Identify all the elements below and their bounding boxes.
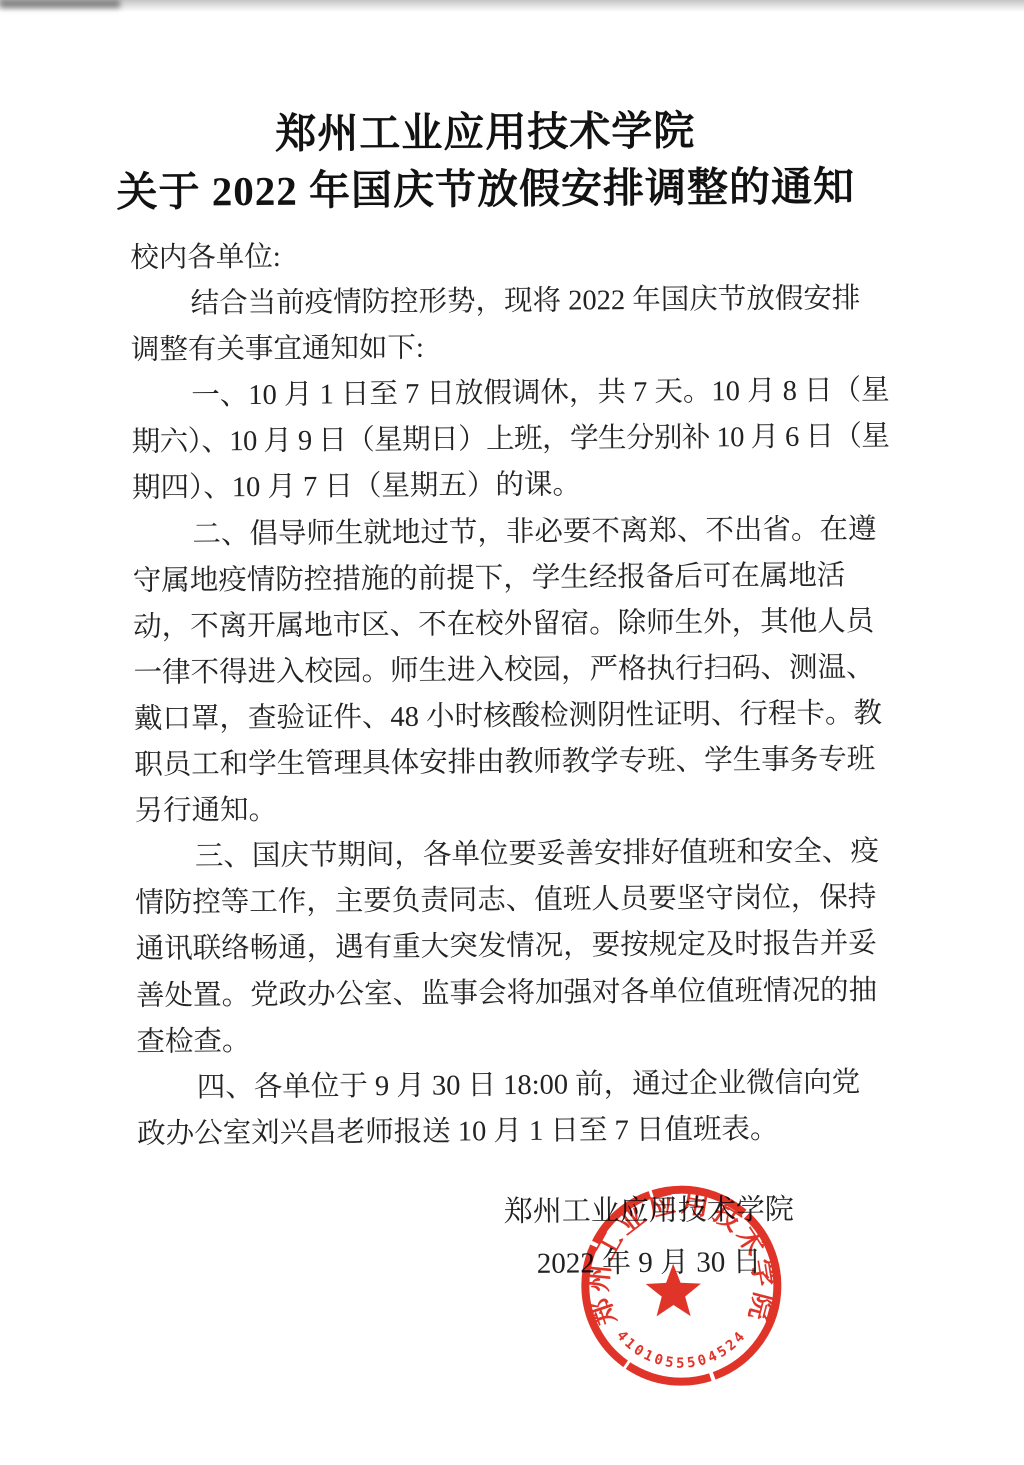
title-line-2: 关于 2022 年国庆节放假安排调整的通知 [0,157,998,222]
body-line: 期六）、10 月 9 日（星期日）上班，学生分别补 10 月 6 日（星 [132,414,890,466]
seal-star-icon [646,1264,702,1317]
body-line: 校内各单位: [130,230,888,282]
body-line: 通讯联络畅通，遇有重大突发情况，要按规定及时报告并妥 [136,921,894,973]
body-line: 戴口罩，查验证件、48 小时核酸检测阴性证明、行程卡。教 [134,691,892,743]
official-seal: 郑州工业应用技术学院 4101055504524 [565,1170,797,1402]
body-line: 三、国庆节期间，各单位要妥善安排好值班和安全、疫 [135,829,893,881]
document-body: 校内各单位:结合当前疫情防控形势，现将 2022 年国庆节放假安排调整有关事宜通… [130,230,895,1158]
body-line: 一律不得进入校园。师生进入校园，严格执行扫码、测温、 [133,645,891,697]
body-line: 结合当前疫情防控形势，现将 2022 年国庆节放假安排 [130,276,888,328]
body-line: 另行通知。 [134,783,892,835]
body-line: 职员工和学生管理具体安排由教师教学专班、学生事务专班 [134,737,892,789]
body-line: 期四）、10 月 7 日（星期五）的课。 [132,460,890,512]
body-line: 守属地疫情防控措施的前提下，学生经报备后可在属地活 [133,553,891,605]
document-title: 郑州工业应用技术学院 关于 2022 年国庆节放假安排调整的通知 [0,100,998,222]
document-page: 郑州工业应用技术学院 关于 2022 年国庆节放假安排调整的通知 校内各单位:结… [0,0,1024,1465]
body-line: 动，不离开属地市区、不在校外留宿。除师生外，其他人员 [133,599,891,651]
body-line: 查检查。 [136,1014,894,1066]
body-line: 二、倡导师生就地过节，非必要不离郑、不出省。在遵 [132,507,890,559]
body-line: 政办公室刘兴昌老师报送 10 月 1 日至 7 日值班表。 [137,1106,895,1158]
document-content: 郑州工业应用技术学院 关于 2022 年国庆节放假安排调整的通知 校内各单位:结… [0,0,1024,1465]
body-line: 四、各单位于 9 月 30 日 18:00 前，通过企业微信向党 [137,1060,895,1112]
body-line: 情防控等工作，主要负责同志、值班人员要坚守岗位，保持 [135,875,893,927]
title-line-1: 郑州工业应用技术学院 [0,100,997,165]
body-line: 一、10 月 1 日至 7 日放假调休，共 7 天。10 月 8 日（星 [131,368,889,420]
body-line: 善处置。党政办公室、监事会将加强对各单位值班情况的抽 [136,968,894,1020]
body-line: 调整有关事宜通知如下: [131,322,889,374]
